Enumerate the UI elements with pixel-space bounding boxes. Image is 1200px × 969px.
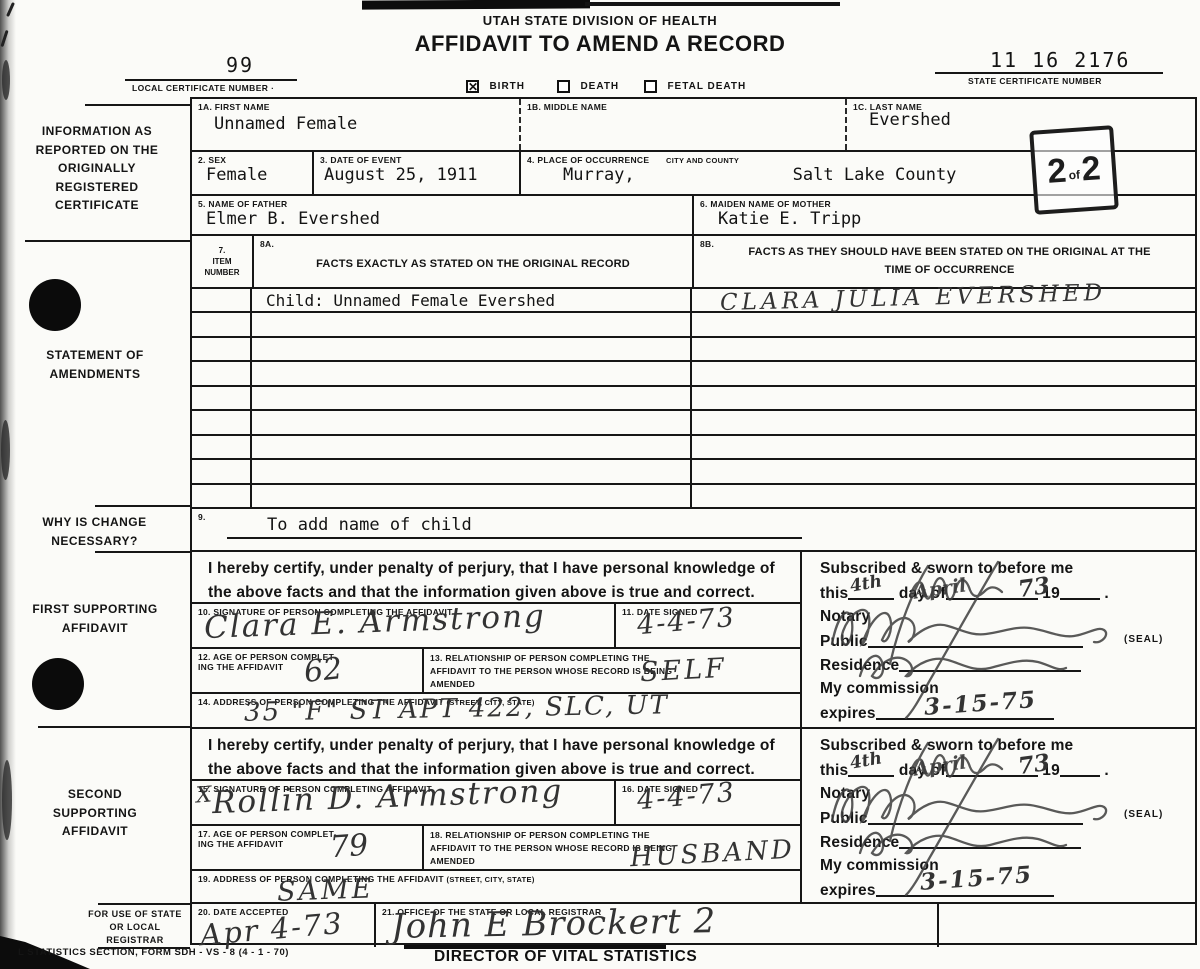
certify-statement: I hereby certify, under penalty of perju… xyxy=(192,552,800,604)
signature-2-x-mark: X xyxy=(195,782,212,808)
divider xyxy=(98,903,190,905)
field-label: ING THE AFFIDAVIT xyxy=(198,839,422,849)
facts-original-value xyxy=(252,436,692,458)
stamp-page-total: 2 xyxy=(1080,149,1102,189)
page-number-stamp: 2 of 2 xyxy=(1029,125,1119,215)
last-name-value: Evershed xyxy=(847,110,1195,130)
amendment-row xyxy=(192,360,1195,384)
state-certificate-label: STATE CERTIFICATE NUMBER xyxy=(968,76,1102,86)
first-name-value: Unnamed Female xyxy=(192,114,519,134)
notary-residence-label: Residence xyxy=(820,657,899,674)
facts-corrected-cell xyxy=(692,387,1195,409)
record-type-birth: BIRTH xyxy=(466,78,525,96)
facts-corrected-title: FACTS AS THEY SHOULD HAVE BEEN STATED ON… xyxy=(694,236,1195,279)
first-affidavit-section: I hereby certify, under penalty of perju… xyxy=(192,550,1195,727)
amendment-row: Child: Unnamed Female Evershed CLARA JUL… xyxy=(192,287,1195,311)
amendment-row xyxy=(192,483,1195,507)
notary-label: Notary xyxy=(820,608,870,626)
field-label: 6. MAIDEN NAME OF MOTHER xyxy=(694,196,1195,209)
notary-block-1: Subscribed & sworn to before me this day… xyxy=(802,552,1195,727)
birth-checkbox-label: BIRTH xyxy=(489,81,525,92)
field-registrar-office: 21. OFFICE OF THE STATE OR LOCAL REGISTR… xyxy=(374,904,937,947)
facts-corrected-cell xyxy=(692,485,1195,507)
item-number-cell xyxy=(192,313,252,335)
field-label: 3. DATE OF EVENT xyxy=(314,152,519,165)
field-date-accepted: 20. DATE ACCEPTED Apr 4-73 xyxy=(192,904,374,947)
field-first-name: 1A. FIRST NAME Unnamed Female xyxy=(192,99,519,150)
notary-this: this xyxy=(820,585,848,602)
field-date-of-event: 3. DATE OF EVENT August 25, 1911 xyxy=(312,152,519,194)
agency-name: UTAH STATE DIVISION OF HEALTH xyxy=(0,13,1200,28)
notary-period: . xyxy=(1104,762,1109,779)
field-mother-name: 6. MAIDEN NAME OF MOTHER Katie E. Tripp xyxy=(692,196,1195,234)
facts-original-value: Child: Unnamed Female Evershed xyxy=(252,289,692,311)
divider xyxy=(125,79,297,81)
registrar-signature-handwriting: John E Brockert 2 xyxy=(391,901,717,947)
field-sublabel: (STREET, CITY, STATE) xyxy=(447,875,535,884)
age-2-handwriting: 79 xyxy=(329,828,370,866)
notary-public-line: Public xyxy=(820,809,1083,828)
age-1-handwriting: 62 xyxy=(302,651,344,690)
side-label-first-affidavit: FIRST SUPPORTING AFFIDAVIT xyxy=(30,600,160,637)
amendments-header-row: 7. ITEM NUMBER 8A. FACTS EXACTLY AS STAT… xyxy=(192,234,1195,287)
facts-original-value xyxy=(252,411,692,433)
field-why-change: 9. To add name of child xyxy=(192,509,1195,550)
death-checkbox-icon xyxy=(557,80,570,93)
why-change-value: To add name of child xyxy=(267,515,472,535)
notary-public-label: Public xyxy=(820,633,868,650)
item-number-cell xyxy=(192,411,252,433)
scan-top-bar xyxy=(362,0,590,10)
notary-period: . xyxy=(1104,585,1109,602)
notary-public-label: Public xyxy=(820,810,868,827)
facts-corrected-cell: CLARA JULIA EVERSHED xyxy=(692,289,1195,311)
form-number: L STATISTICS SECTION, FORM SDH - VS - 8 … xyxy=(18,947,289,958)
item-label-line: 7. xyxy=(192,245,252,256)
notary-year-handwriting: 73 xyxy=(1016,749,1051,780)
mother-name-value: Katie E. Tripp xyxy=(694,209,1195,229)
field-label: 13. RELATIONSHIP OF PERSON COMPLETING TH… xyxy=(424,649,674,690)
field-label: 2. SEX xyxy=(192,152,312,165)
amendment-row xyxy=(192,434,1195,458)
scan-artifact xyxy=(2,760,12,840)
field-last-name: 1C. LAST NAME Evershed xyxy=(845,99,1195,150)
second-affidavit-section: I hereby certify, under penalty of perju… xyxy=(192,727,1195,902)
field-label: 1B. MIDDLE NAME xyxy=(521,99,845,112)
stamp-page-number: 2 xyxy=(1046,151,1068,191)
facts-corrected-cell xyxy=(692,460,1195,482)
side-label-amendments: STATEMENT OF AMENDMENTS xyxy=(25,346,165,383)
seal-label: (SEAL) xyxy=(1124,809,1163,820)
divider xyxy=(85,104,190,106)
notary-commission-label: My commission xyxy=(820,680,939,698)
why-change-row: 9. To add name of child xyxy=(192,507,1195,550)
amendment-row xyxy=(192,409,1195,433)
notary-block-2: Subscribed & sworn to before me this day… xyxy=(802,729,1195,902)
place-label: 4. PLACE OF OCCURRENCE xyxy=(527,155,649,165)
divider xyxy=(25,240,190,242)
facts-original-value xyxy=(252,460,692,482)
facts-original-value xyxy=(252,362,692,384)
notary-residence-line: Residence xyxy=(820,833,1081,852)
death-checkbox-label: DEATH xyxy=(580,81,619,92)
item-number-cell xyxy=(192,436,252,458)
facts-original-value xyxy=(252,387,692,409)
field-father-name: 5. NAME OF FATHER Elmer B. Evershed xyxy=(192,196,692,234)
side-label-registrar-use: FOR USE OF STATE OR LOCAL REGISTRAR xyxy=(80,908,190,947)
second-affidavit-fields: I hereby certify, under penalty of perju… xyxy=(192,729,802,902)
facts-corrected-cell xyxy=(692,313,1195,335)
facts-original-header: 8A. FACTS EXACTLY AS STATED ON THE ORIGI… xyxy=(252,236,692,287)
facts-original-number: 8A. xyxy=(254,236,274,249)
fetal-death-checkbox-label: FETAL DEATH xyxy=(667,81,746,92)
director-stamp: DIRECTOR OF VITAL STATISTICS xyxy=(434,948,697,966)
item-number-cell xyxy=(192,485,252,507)
facts-corrected-header: 8B. FACTS AS THEY SHOULD HAVE BEEN STATE… xyxy=(692,236,1195,287)
notary-public-line: Public xyxy=(820,632,1083,651)
amendment-row xyxy=(192,311,1195,335)
place-sublabel: CITY AND COUNTY xyxy=(666,156,739,165)
relationship-1-handwriting: SELF xyxy=(639,653,727,689)
facts-corrected-cell xyxy=(692,411,1195,433)
side-label-original-info: INFORMATION AS REPORTED ON THE ORIGINALL… xyxy=(22,122,172,215)
local-certificate-label: LOCAL CERTIFICATE NUMBER · xyxy=(132,83,274,93)
birth-checkbox-icon xyxy=(466,80,479,93)
stamp-of: of xyxy=(1068,168,1080,183)
facts-corrected-number: 8B. xyxy=(694,236,714,249)
notary-expires-label: expires xyxy=(820,882,876,899)
divider xyxy=(38,726,190,728)
item-label-line: ITEM xyxy=(192,256,252,267)
certify-statement: I hereby certify, under penalty of perju… xyxy=(192,729,800,781)
notary-residence-label: Residence xyxy=(820,834,899,851)
place-county-value: Salt Lake County xyxy=(793,165,957,185)
field-label: 9. xyxy=(192,509,206,522)
record-type-death: DEATH xyxy=(557,78,619,96)
scan-artifact xyxy=(2,60,10,100)
date-of-event-value: August 25, 1911 xyxy=(314,165,519,185)
item-number-cell xyxy=(192,338,252,360)
field-label: 5. NAME OF FATHER xyxy=(192,196,692,209)
amendment-row xyxy=(192,458,1195,482)
field-middle-name: 1B. MIDDLE NAME xyxy=(519,99,845,150)
item-number-cell xyxy=(192,362,252,384)
item-number-header: 7. ITEM NUMBER xyxy=(192,236,252,287)
amendment-row xyxy=(192,336,1195,360)
facts-corrected-cell xyxy=(692,338,1195,360)
notary-expires-label: expires xyxy=(820,705,876,722)
father-name-value: Elmer B. Evershed xyxy=(192,209,692,229)
registrar-row: 20. DATE ACCEPTED Apr 4-73 21. OFFICE OF… xyxy=(192,902,1195,947)
divider xyxy=(935,72,1163,74)
affidavit-form: 1A. FIRST NAME Unnamed Female 1B. MIDDLE… xyxy=(190,97,1197,945)
field-label: 1A. FIRST NAME xyxy=(192,99,519,112)
item-label-line: NUMBER xyxy=(192,267,252,278)
item-number-cell xyxy=(192,387,252,409)
facts-original-title: FACTS EXACTLY AS STATED ON THE ORIGINAL … xyxy=(254,236,692,270)
scan-artifact xyxy=(1,420,10,480)
amendments-rows: Child: Unnamed Female Evershed CLARA JUL… xyxy=(192,287,1195,507)
divider xyxy=(95,505,190,507)
field-label: 17. AGE OF PERSON COMPLET- xyxy=(198,829,422,839)
notary-this: this xyxy=(820,762,848,779)
first-affidavit-fields: I hereby certify, under penalty of perju… xyxy=(192,552,802,727)
field-relationship-1: 13. RELATIONSHIP OF PERSON COMPLETING TH… xyxy=(422,649,800,692)
field-sex: 2. SEX Female xyxy=(192,152,312,194)
side-label-second-affidavit: SECOND SUPPORTING AFFIDAVIT xyxy=(30,785,160,841)
facts-corrected-cell xyxy=(692,436,1195,458)
registrar-blank-cell xyxy=(937,904,1195,947)
place-city-value: Murray, xyxy=(563,165,635,185)
side-label-why-change: WHY IS CHANGE NECESSARY? xyxy=(12,513,177,550)
facts-original-value xyxy=(252,313,692,335)
notary-year-handwriting: 73 xyxy=(1016,572,1051,603)
scan-top-bar xyxy=(585,2,840,6)
punch-hole xyxy=(32,658,84,710)
facts-corrected-cell xyxy=(692,362,1195,384)
item-number-cell xyxy=(192,289,252,311)
local-certificate-number: 99 xyxy=(226,53,254,77)
write-line xyxy=(227,537,802,539)
sex-value: Female xyxy=(192,165,312,185)
notary-label: Notary xyxy=(820,785,870,803)
fetal-death-checkbox-icon xyxy=(644,80,657,93)
facts-original-value xyxy=(252,338,692,360)
facts-original-value xyxy=(252,485,692,507)
state-certificate-number: 11 16 2176 xyxy=(990,48,1130,72)
item-number-cell xyxy=(192,460,252,482)
punch-hole xyxy=(29,279,81,331)
seal-label: (SEAL) xyxy=(1124,634,1163,645)
amendment-row xyxy=(192,385,1195,409)
field-age-2: 17. AGE OF PERSON COMPLET- ING THE AFFID… xyxy=(192,826,422,869)
record-type-fetal-death: FETAL DEATH xyxy=(644,78,746,96)
notary-residence-line: Residence xyxy=(820,656,1081,675)
divider xyxy=(95,551,190,553)
